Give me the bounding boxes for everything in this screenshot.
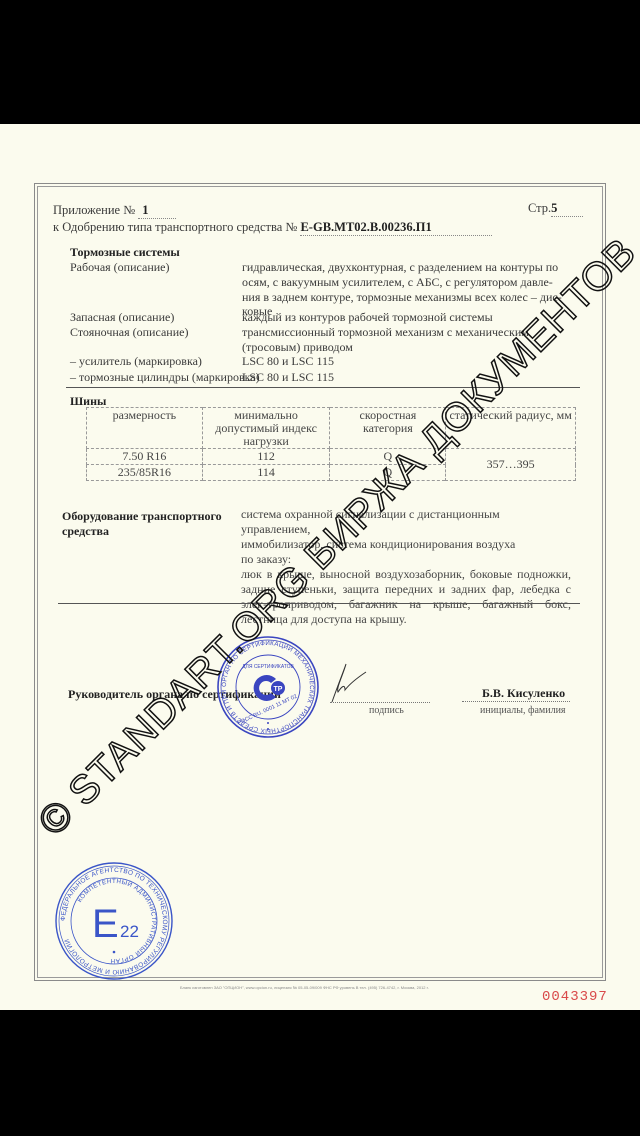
svg-text:E: E xyxy=(92,902,119,946)
cylinders-value: LSC 80 и LSC 115 xyxy=(242,370,334,385)
tires-table: размерность минимально допустимый индекс… xyxy=(86,407,576,481)
svg-text:22: 22 xyxy=(120,922,139,941)
brake-parking-line1: трансмиссионный тормозной механизм с мех… xyxy=(242,325,529,340)
tire-load-index: 112 xyxy=(202,449,330,465)
equipment-label-line2: средства xyxy=(62,524,109,539)
tire-size: 235/85R16 xyxy=(87,465,203,481)
brake-service-line2: осям, с вакуумным усилителем, с АБС, с р… xyxy=(242,275,553,290)
brake-service-line1: гидравлическая, двухконтурная, с разделе… xyxy=(242,260,558,275)
equipment-standard-line1: система охранной сигнализации с дистанци… xyxy=(241,507,571,537)
name-caption: инициалы, фамилия xyxy=(480,705,566,716)
booster-value: LSC 80 и LSC 115 xyxy=(242,354,334,369)
column-header-load-index: минимально допустимый индекс нагрузки xyxy=(202,408,330,449)
tire-static-radius: 357…395 xyxy=(446,449,576,481)
tire-size: 7.50 R16 xyxy=(87,449,203,465)
booster-label: – усилитель (маркировка) xyxy=(70,354,202,369)
printer-fine-print: Бланк изготовлен ЗАО "ОПЦИОН", www.opcio… xyxy=(180,985,429,990)
brake-reserve-label: Запасная (описание) xyxy=(70,310,174,325)
brake-service-label: Рабочая (описание) xyxy=(70,260,169,275)
name-line xyxy=(462,701,570,702)
appendix-number: 1 xyxy=(138,203,176,219)
section-divider xyxy=(58,603,580,604)
brakes-title: Тормозные системы xyxy=(70,245,180,260)
page-number: 5 xyxy=(551,201,583,217)
table-row: 7.50 R16 112 Q 357…395 xyxy=(87,449,576,465)
signatory-name: Б.В. Кисуленко xyxy=(482,686,565,701)
column-header-size: размерность xyxy=(87,408,203,449)
serial-number: 0043397 xyxy=(542,989,608,1005)
approval-number: E-GB.MT02.B.00236.П1 xyxy=(300,220,491,236)
tire-load-index: 114 xyxy=(202,465,330,481)
page-label: Стр. xyxy=(528,201,551,215)
handwritten-signature xyxy=(318,660,378,705)
approval-line: к Одобрению типа транспортного средства … xyxy=(53,220,492,236)
brake-service-line3: ния в заднем контуре, тормозные механизм… xyxy=(242,290,562,305)
equipment-label-line1: Оборудование транспортного xyxy=(62,509,222,524)
page-indicator: Стр.5 xyxy=(528,201,583,217)
brake-parking-label: Стояночная (описание) xyxy=(70,325,188,340)
appendix-label: Приложение № xyxy=(53,203,135,217)
approval-prefix: к Одобрению типа транспортного средства … xyxy=(53,220,297,234)
svg-text:ДЛЯ СЕРТИФИКАТОВ: ДЛЯ СЕРТИФИКАТОВ xyxy=(242,664,294,670)
appendix-heading: Приложение № 1 xyxy=(53,203,176,219)
brake-reserve-value: каждый из контуров рабочей тормозной сис… xyxy=(242,310,493,325)
tires-header-row: размерность минимально допустимый индекс… xyxy=(87,408,576,449)
cylinders-label: – тормозные цилиндры (маркировка) xyxy=(70,370,260,385)
brake-parking-line2: (тросовым) приводом xyxy=(242,340,353,355)
signature-caption: подпись xyxy=(369,705,404,716)
equipment-standard-line2: иммобилизатор, система кондиционирования… xyxy=(241,537,571,552)
svg-text:TP: TP xyxy=(274,686,283,693)
